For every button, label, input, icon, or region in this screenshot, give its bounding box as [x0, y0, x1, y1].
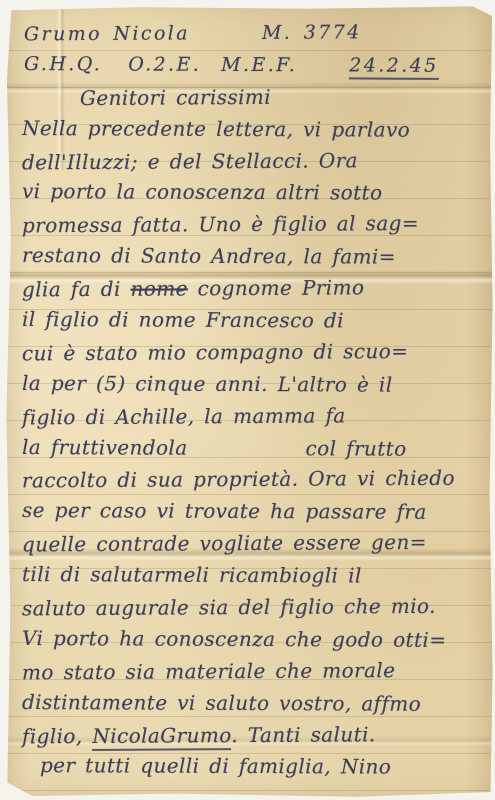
letter-line: se per caso vi trovate ha passare fra — [22, 495, 480, 529]
letter-line: glia fa di nome cognome Primo — [22, 272, 480, 307]
text-segment: M. 3774 — [262, 21, 362, 44]
text-segment: tili di salutarmeli ricambiogli il — [22, 562, 362, 587]
handwritten-text: Grumo NicolaM. 3774G.H.Q.O.2.E.M.E.F.24.… — [22, 18, 480, 783]
letter-line: Nella precedente lettera, vi parlavo — [22, 113, 480, 147]
letter-line: mo stato sia materiale che morale — [22, 654, 480, 689]
letter-line: raccolto di sua proprietà. Ora vi chiedo — [22, 463, 480, 498]
text-segment: 24.2.45 — [349, 54, 438, 79]
letter-line: dell'Illuzzi; e del Stellacci. Ora — [22, 144, 480, 179]
letter-line: Grumo NicolaM. 3774 — [22, 17, 480, 52]
text-segment: la per (5) cinque anni. L'altro è il — [22, 371, 393, 397]
text-segment: promessa fatta. Uno è figlio al sag= — [22, 211, 419, 237]
letter-line: la per (5) cinque anni. L'altro è il — [22, 368, 480, 402]
text-segment: dell'Illuzzi; e del Stellacci. Ora — [22, 148, 358, 174]
letter-line: saluto augurale sia del figlio che mio. — [22, 591, 480, 626]
text-segment: . Tanti saluti. — [231, 722, 376, 747]
text-segment: figlio di Achille, la mamma fa — [22, 403, 346, 429]
text-segment: O.2.E. — [128, 53, 201, 75]
text-segment: mo stato sia materiale che morale — [22, 658, 396, 684]
text-segment: se per caso vi trovate ha passare fra — [22, 498, 427, 524]
text-segment: col frutto — [306, 436, 407, 460]
letter-line: il figlio di nome Francesco di — [22, 304, 480, 338]
letter-line: figlio di Achille, la mamma fa — [22, 399, 480, 434]
text-segment: distintamente vi saluto vostro, affmo — [22, 690, 421, 716]
text-segment: Genitori carissimi — [80, 85, 271, 110]
letter-line: Vi porto ha conoscenza che godo otti= — [22, 623, 480, 657]
blank-gap — [102, 69, 128, 70]
blank-gap — [297, 70, 349, 71]
text-segment: quelle contrade vogliate essere gen= — [22, 530, 427, 556]
letter-line: cui è stato mio compagno di scuo= — [22, 336, 480, 371]
letter-line: promessa fatta. Uno è figlio al sag= — [22, 208, 480, 243]
text-segment: saluto augurale sia del figlio che mio. — [22, 594, 436, 621]
letter-line: G.H.Q.O.2.E.M.E.F.24.2.45 — [22, 49, 480, 83]
text-segment: cui è stato mio compagno di scuo= — [22, 339, 409, 365]
text-segment: cognome Primo — [188, 275, 365, 300]
text-segment: la fruttivendola — [22, 435, 188, 460]
letter-line: restano di Santo Andrea, la fami= — [22, 240, 480, 274]
scanned-letter: Grumo NicolaM. 3774G.H.Q.O.2.E.M.E.F.24.… — [0, 0, 495, 800]
blank-gap — [201, 70, 221, 71]
letter-paper-sheet: Grumo NicolaM. 3774G.H.Q.O.2.E.M.E.F.24.… — [0, 0, 495, 800]
text-segment: il figlio di nome Francesco di — [22, 307, 344, 332]
text-segment: G.H.Q. — [24, 53, 102, 75]
blank-gap — [188, 453, 306, 455]
letter-line: la fruttivendolacol frutto — [22, 432, 480, 466]
blank-gap — [190, 38, 262, 39]
letter-line: figlio, NicolaGrumo. Tanti saluti. — [22, 718, 480, 753]
text-segment: M.E.F. — [221, 54, 297, 76]
text-segment: figlio, — [22, 724, 93, 748]
text-segment: restano di Santo Andrea, la fami= — [22, 243, 396, 269]
letter-line: vi porto la conoscenza altri sotto — [22, 176, 480, 210]
text-segment: glia fa di — [22, 277, 131, 302]
letter-line: per tutti quelli di famiglia, Nino — [22, 750, 480, 784]
text-segment: per tutti quelli di famiglia, Nino — [40, 754, 391, 780]
letter-line: tili di salutarmeli ricambiogli il — [22, 559, 480, 593]
letter-line: distintamente vi saluto vostro, affmo — [22, 687, 480, 721]
letter-line: Genitori carissimi — [22, 80, 480, 115]
letter-line: quelle contrade vogliate essere gen= — [22, 527, 480, 562]
text-segment: raccolto di sua proprietà. Ora vi chiedo — [22, 466, 455, 493]
text-segment: vi porto la conoscenza altri sotto — [22, 179, 383, 205]
text-segment: Grumo Nicola — [24, 22, 190, 45]
text-segment: Nella precedente lettera, vi parlavo — [22, 116, 410, 142]
text-segment: Vi porto ha conoscenza che godo otti= — [22, 626, 447, 652]
text-segment: nome — [130, 277, 187, 301]
text-segment: NicolaGrumo — [92, 723, 231, 751]
